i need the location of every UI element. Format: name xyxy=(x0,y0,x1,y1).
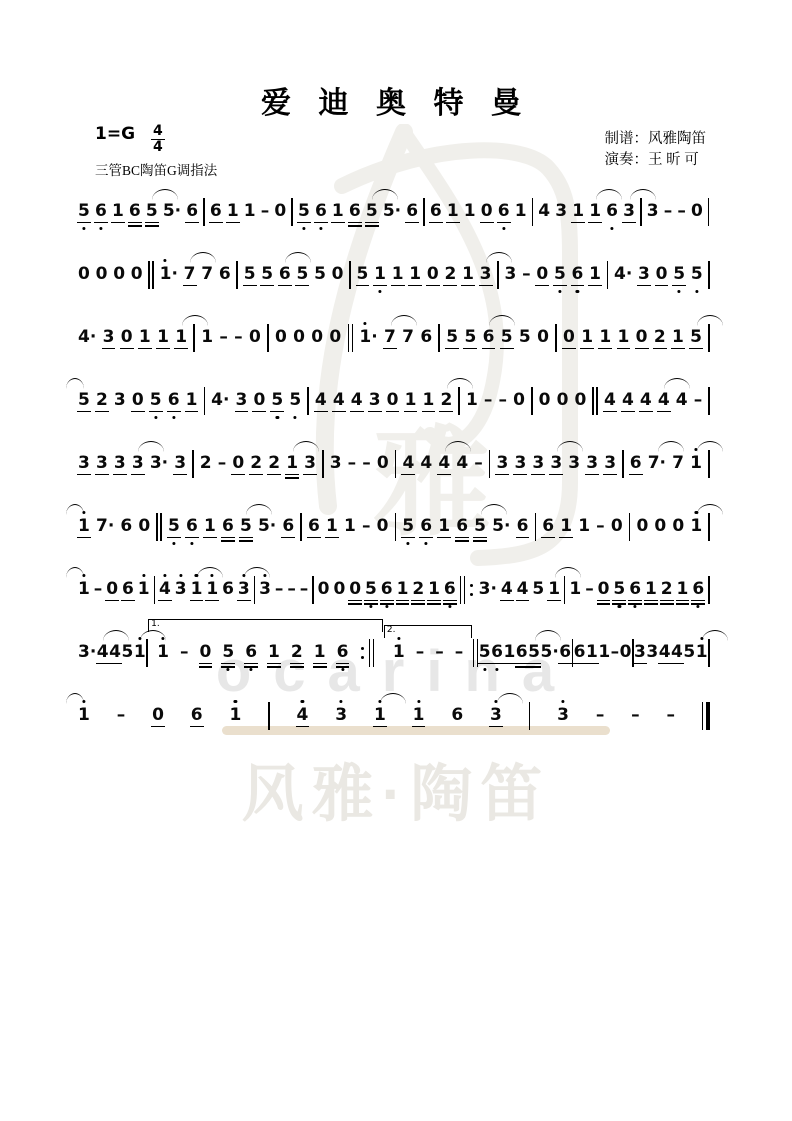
low-octave-dot xyxy=(407,542,410,545)
low-octave-dot xyxy=(425,542,428,545)
note-token: 1 xyxy=(599,329,611,346)
low-octave-dot xyxy=(634,605,637,608)
note-token: 7 xyxy=(184,266,196,283)
note-token: 1 xyxy=(374,266,386,283)
barline xyxy=(489,449,491,479)
note-token: 6 xyxy=(491,644,503,661)
note-token: 1 xyxy=(447,203,459,220)
note-token: 1 xyxy=(423,392,435,409)
note-token: 0 xyxy=(654,518,666,535)
slur-arc xyxy=(447,378,473,389)
barline xyxy=(708,260,710,290)
note-token: 4 xyxy=(438,455,450,472)
barline xyxy=(497,260,499,290)
barline xyxy=(423,197,425,227)
note-token: 6 xyxy=(122,581,134,598)
duration-dash: – xyxy=(219,329,228,346)
low-octave-dot xyxy=(190,542,193,545)
note-token: 3 xyxy=(175,581,187,598)
high-octave-dot xyxy=(561,700,564,703)
low-octave-dot xyxy=(154,416,157,419)
barline xyxy=(154,575,156,605)
slur-arc xyxy=(555,567,581,578)
high-octave-dot xyxy=(163,574,166,577)
note-token: 5 xyxy=(289,392,301,409)
slur-arc xyxy=(391,315,417,326)
note-token: 3 xyxy=(174,455,186,472)
note-token: 4 xyxy=(315,392,327,409)
slur-arc xyxy=(697,504,723,515)
duration-dash: – xyxy=(484,392,493,409)
note-token: 5 xyxy=(402,518,414,535)
note-token: 0 xyxy=(575,392,587,409)
note-token: 5 xyxy=(479,644,491,661)
low-octave-dot xyxy=(227,668,230,671)
time-signature-denominator: 4 xyxy=(153,140,163,155)
note-token: 4 xyxy=(97,644,109,661)
barline xyxy=(267,323,269,353)
note-token: 5 xyxy=(121,644,133,661)
repeat-dots xyxy=(470,584,473,596)
note-token: 6 xyxy=(245,644,257,661)
note-token: 6 xyxy=(222,581,234,598)
note-token: 1 xyxy=(134,644,146,661)
note-token: 1 xyxy=(586,644,598,661)
note-token: 1 xyxy=(78,581,90,598)
note-token: 6 xyxy=(420,518,432,535)
note-token: 2 xyxy=(200,455,212,472)
notation-line-6: 17·60561655·6611–0561655·6611–00001 xyxy=(78,495,710,558)
note-token: 1 xyxy=(428,581,440,598)
time-signature: 4 4 xyxy=(151,124,165,154)
low-octave-dot xyxy=(483,668,486,671)
note-token: 5 xyxy=(673,266,685,283)
note-token: 5 xyxy=(613,581,625,598)
note-token: 1 xyxy=(409,266,421,283)
slur-arc xyxy=(557,441,583,452)
note-token: 3 xyxy=(557,707,569,724)
high-octave-dot xyxy=(363,322,366,325)
note-token: 6 xyxy=(456,518,468,535)
note-token: 6 xyxy=(191,707,203,724)
barline xyxy=(254,575,256,605)
credit-arranger: 制谱：风雅陶笛 xyxy=(605,129,707,150)
duration-dash: – xyxy=(474,455,483,472)
note-token: 3 xyxy=(330,455,342,472)
low-octave-dot xyxy=(678,290,681,293)
note-token: 2 xyxy=(250,455,262,472)
note-token: 6 xyxy=(349,203,361,220)
high-octave-dot xyxy=(397,637,400,640)
note-token: 0 xyxy=(253,392,265,409)
note-token: 5 xyxy=(474,518,486,535)
barline xyxy=(438,323,440,353)
note-token: 1 xyxy=(503,644,515,661)
note-token: 4 xyxy=(517,581,529,598)
note-token: 1 xyxy=(392,266,404,283)
low-octave-dot xyxy=(276,416,279,419)
slur-arc xyxy=(182,315,208,326)
note-token: 4 xyxy=(604,392,616,409)
slur-arc xyxy=(244,567,270,578)
note-token: 3 xyxy=(550,455,562,472)
note-token: 6 xyxy=(381,581,393,598)
note-token: 6 xyxy=(282,518,294,535)
slur-arc xyxy=(372,189,398,200)
note-token: 4 xyxy=(297,707,309,724)
note-token: 0 xyxy=(481,203,493,220)
note-token: 4 xyxy=(333,392,345,409)
barline xyxy=(236,260,238,290)
low-octave-dot xyxy=(369,605,372,608)
low-octave-dot xyxy=(319,227,322,230)
note-token: 0 xyxy=(318,581,330,598)
note-token: 0 xyxy=(275,329,287,346)
note-token: 3 xyxy=(647,203,659,220)
note-token: 1 xyxy=(157,644,169,661)
note-token: 6 xyxy=(483,329,495,346)
note-token: 5 xyxy=(222,644,234,661)
low-octave-dot xyxy=(448,605,451,608)
note-token: 6 xyxy=(516,644,528,661)
note-token: 4 xyxy=(109,644,121,661)
slur-arc xyxy=(445,441,471,452)
note-token: 6 xyxy=(186,518,198,535)
note-token: 4 xyxy=(622,392,634,409)
note-token: 1· xyxy=(160,266,178,283)
note-token: 3· xyxy=(78,644,96,661)
note-token: 3 xyxy=(238,581,250,598)
note-token: 1 xyxy=(332,203,344,220)
note-token: 5· xyxy=(492,518,510,535)
note-token: 0 xyxy=(539,392,551,409)
slur-arc xyxy=(630,189,656,200)
note-token: 6 xyxy=(444,581,456,598)
slur-arc xyxy=(697,315,723,326)
note-token: 1 xyxy=(112,203,124,220)
note-token: 0 xyxy=(311,329,323,346)
barline xyxy=(564,575,566,605)
note-token: 0 xyxy=(691,203,703,220)
barline xyxy=(204,386,206,416)
note-token: 3 xyxy=(480,266,492,283)
note-token: 3· xyxy=(150,455,168,472)
low-octave-dot xyxy=(99,227,102,230)
duration-dash: – xyxy=(631,707,640,724)
barline xyxy=(300,512,302,542)
note-token: 3 xyxy=(96,455,108,472)
note-token: 1 xyxy=(569,581,581,598)
barline xyxy=(395,512,397,542)
note-token: 6 xyxy=(630,455,642,472)
note-token: 6 xyxy=(186,203,198,220)
note-token: 0 xyxy=(563,329,575,346)
note-token: 6 xyxy=(559,644,571,661)
notation-line-4: 52305614·3055444301121––000044444– xyxy=(78,369,710,432)
note-token: 4 xyxy=(420,455,432,472)
note-token: 3 xyxy=(568,455,580,472)
low-octave-dot xyxy=(250,668,253,671)
low-octave-dot xyxy=(302,227,305,230)
slur-arc xyxy=(702,630,728,641)
note-token: 1 xyxy=(560,518,572,535)
sheet-music-page: 雅 ocarina 风雅·陶笛 爱 迪 奥 特 曼 1=G 4 4 三管BC陶笛… xyxy=(0,0,792,1121)
duration-dash: – xyxy=(117,707,126,724)
note-token: 2 xyxy=(412,581,424,598)
note-token: 1 xyxy=(139,329,151,346)
note-token: 1 xyxy=(344,518,356,535)
barline xyxy=(607,260,609,290)
note-token: 3 xyxy=(132,455,144,472)
credits-block: 制谱：风雅陶笛 演奏：王 昕 可 xyxy=(605,129,707,171)
note-token: 5 xyxy=(78,203,90,220)
barline xyxy=(708,197,710,227)
barline xyxy=(708,386,710,416)
note-token: 6 xyxy=(222,518,234,535)
note-token: 3 xyxy=(638,266,650,283)
note-token: 0 xyxy=(274,203,286,220)
note-token: 0 xyxy=(78,266,90,283)
barline xyxy=(156,512,162,542)
note-token: 0 xyxy=(537,329,549,346)
barline xyxy=(622,449,624,479)
note-token: 7· xyxy=(96,518,114,535)
slur-arc xyxy=(697,441,723,452)
low-octave-dot xyxy=(558,290,561,293)
slur-arc xyxy=(152,189,178,200)
high-octave-dot xyxy=(417,700,420,703)
note-token: 5 xyxy=(532,581,544,598)
note-token: 5 xyxy=(690,329,702,346)
note-token: 2 xyxy=(661,581,673,598)
note-token: 4 xyxy=(402,455,414,472)
low-octave-dot xyxy=(172,542,175,545)
high-octave-dot xyxy=(340,700,343,703)
note-token: 1 xyxy=(578,518,590,535)
notation-line-7: 1–0614311633–––0005612163·44511–0561216 xyxy=(78,558,710,621)
note-token: 5 xyxy=(298,203,310,220)
note-token: 0 xyxy=(152,707,164,724)
barline xyxy=(708,512,710,542)
duration-dash: – xyxy=(596,518,605,535)
note-token: 4· xyxy=(78,329,96,346)
note-token: 0 xyxy=(636,518,648,535)
duration-dash: – xyxy=(261,203,270,220)
note-token: 0 xyxy=(377,518,389,535)
note-token: 0 xyxy=(387,392,399,409)
note-token: 1 xyxy=(201,329,213,346)
note-token: 1 xyxy=(206,581,218,598)
note-token: 0 xyxy=(131,266,143,283)
note-token: 1 xyxy=(78,518,90,535)
duration-dash: – xyxy=(522,266,531,283)
note-token: 1 xyxy=(227,203,239,220)
notation-line-1: 561655·6611–0561655·66110614311633––0 xyxy=(78,180,710,243)
slur-arc xyxy=(190,252,216,263)
note-token: 3 xyxy=(496,455,508,472)
note-token: 5 xyxy=(446,329,458,346)
duration-dash: – xyxy=(677,203,686,220)
note-token: 0 xyxy=(557,392,569,409)
note-token: 4 xyxy=(456,455,468,472)
note-token: 4 xyxy=(501,581,513,598)
note-token: 6 xyxy=(406,203,418,220)
slur-arc xyxy=(293,441,319,452)
note-token: 7 xyxy=(672,455,684,472)
note-token: 6 xyxy=(606,203,618,220)
note-token: 1 xyxy=(244,203,256,220)
duration-dash: – xyxy=(362,518,371,535)
note-token: 3 xyxy=(555,203,567,220)
note-token: 1 xyxy=(572,203,584,220)
note-token: 4 xyxy=(658,392,670,409)
barline xyxy=(708,638,710,668)
duration-dash: – xyxy=(287,581,296,598)
note-token: 0 xyxy=(96,266,108,283)
note-token: 1 xyxy=(548,581,560,598)
low-octave-dot xyxy=(294,416,297,419)
slur-arc xyxy=(66,567,84,578)
note-token: 1 xyxy=(405,392,417,409)
note-token: 0 xyxy=(138,518,150,535)
note-token: 2 xyxy=(268,455,280,472)
duration-dash: – xyxy=(664,203,673,220)
note-token: 7 xyxy=(201,266,213,283)
note-token: 6 xyxy=(168,392,180,409)
note-token: 3 xyxy=(259,581,271,598)
note-token: 1 xyxy=(672,329,684,346)
notation-line-2: 00001·776556550511102133–05614·3055 xyxy=(78,243,710,306)
note-token: 4 xyxy=(640,392,652,409)
duration-dash: – xyxy=(180,644,189,661)
note-token: 5 xyxy=(683,644,695,661)
note-token: 5 xyxy=(464,329,476,346)
low-octave-dot xyxy=(341,668,344,671)
barline xyxy=(708,575,710,605)
note-token: 0 xyxy=(293,329,305,346)
barline xyxy=(460,575,475,605)
note-token: 1 xyxy=(204,518,216,535)
duration-dash: – xyxy=(435,644,444,661)
song-title: 爱 迪 奥 特 曼 xyxy=(0,78,792,122)
note-token: 2 xyxy=(96,392,108,409)
note-token: 6 xyxy=(279,266,291,283)
notation-line-5: 33333·32–022133––04444–333333367·71 xyxy=(78,432,710,495)
note-token: 1 xyxy=(515,203,527,220)
note-token: 3 xyxy=(604,455,616,472)
duration-dash: – xyxy=(416,644,425,661)
note-token: 5 xyxy=(261,266,273,283)
note-token: 6 xyxy=(219,266,231,283)
note-token: 1 xyxy=(78,707,90,724)
note-token: 1 xyxy=(690,518,702,535)
note-token: 5 xyxy=(240,518,252,535)
note-token: 4 xyxy=(671,644,683,661)
fingering-note: 三管BC陶笛G调指法 xyxy=(95,159,217,179)
note-token: 5 xyxy=(528,644,540,661)
slur-arc xyxy=(486,252,512,263)
final-barline xyxy=(702,701,710,731)
low-octave-dot xyxy=(495,668,498,671)
note-token: 1 xyxy=(314,644,326,661)
note-token: 0 xyxy=(106,581,118,598)
barline xyxy=(312,575,314,605)
note-token: 1 xyxy=(413,707,425,724)
note-token: 6 xyxy=(337,644,349,661)
note-token: 1 xyxy=(464,203,476,220)
duration-dash: – xyxy=(362,455,371,472)
low-octave-dot xyxy=(385,605,388,608)
note-token: 1 xyxy=(397,581,409,598)
low-octave-dot xyxy=(502,227,505,230)
note-token: 6 xyxy=(692,581,704,598)
note-token: 2 xyxy=(291,644,303,661)
duration-dash: – xyxy=(694,392,703,409)
note-token: 2 xyxy=(444,266,456,283)
slur-arc xyxy=(103,630,129,641)
note-token: 0 xyxy=(121,329,133,346)
note-token: 1 xyxy=(696,644,708,661)
high-octave-dot xyxy=(164,259,167,262)
note-token: 3 xyxy=(369,392,381,409)
barline xyxy=(531,386,533,416)
barline xyxy=(348,323,354,353)
note-token: 5 xyxy=(519,329,531,346)
barline xyxy=(192,449,194,479)
note-token: 5 xyxy=(146,203,158,220)
duration-dash: – xyxy=(585,581,594,598)
note-token: 1 xyxy=(268,644,280,661)
note-token: 1 xyxy=(374,707,386,724)
note-token: 5 xyxy=(314,266,326,283)
note-token: 5 xyxy=(168,518,180,535)
note-token: 5 xyxy=(366,203,378,220)
note-token: 0 xyxy=(200,644,212,661)
note-token: 3 xyxy=(236,392,248,409)
notation-line-3: 4·301111––000001·77655655001110215 xyxy=(78,306,710,369)
note-token: 4· xyxy=(614,266,632,283)
note-token: 1 xyxy=(589,203,601,220)
note-token: 5 xyxy=(357,266,369,283)
slur-arc xyxy=(66,693,84,704)
barline xyxy=(349,260,351,290)
note-token: 6 xyxy=(629,581,641,598)
note-token: 4 xyxy=(351,392,363,409)
brand-watermark-text: 风雅·陶笛 xyxy=(242,744,551,833)
note-token: 0 xyxy=(377,455,389,472)
note-token: 5 xyxy=(554,266,566,283)
note-token: 5 xyxy=(244,266,256,283)
volta-label: 1. xyxy=(151,620,160,629)
note-token: 3 xyxy=(586,455,598,472)
note-token: 1 xyxy=(618,329,630,346)
note-token: 4 xyxy=(659,644,671,661)
note-token: 6 xyxy=(95,203,107,220)
note-token: 6 xyxy=(308,518,320,535)
barline xyxy=(708,323,710,353)
note-token: 0 xyxy=(332,266,344,283)
note-token: 1 xyxy=(677,581,689,598)
note-token: 1 xyxy=(186,392,198,409)
note-token: 3 xyxy=(505,266,517,283)
note-token: 3 xyxy=(634,644,646,661)
note-token: 6 xyxy=(451,707,463,724)
note-token: 1 xyxy=(326,518,338,535)
note-token: 0 xyxy=(329,329,341,346)
note-token: 1 xyxy=(690,455,702,472)
slur-arc xyxy=(664,378,690,389)
note-token: 3 xyxy=(78,455,90,472)
